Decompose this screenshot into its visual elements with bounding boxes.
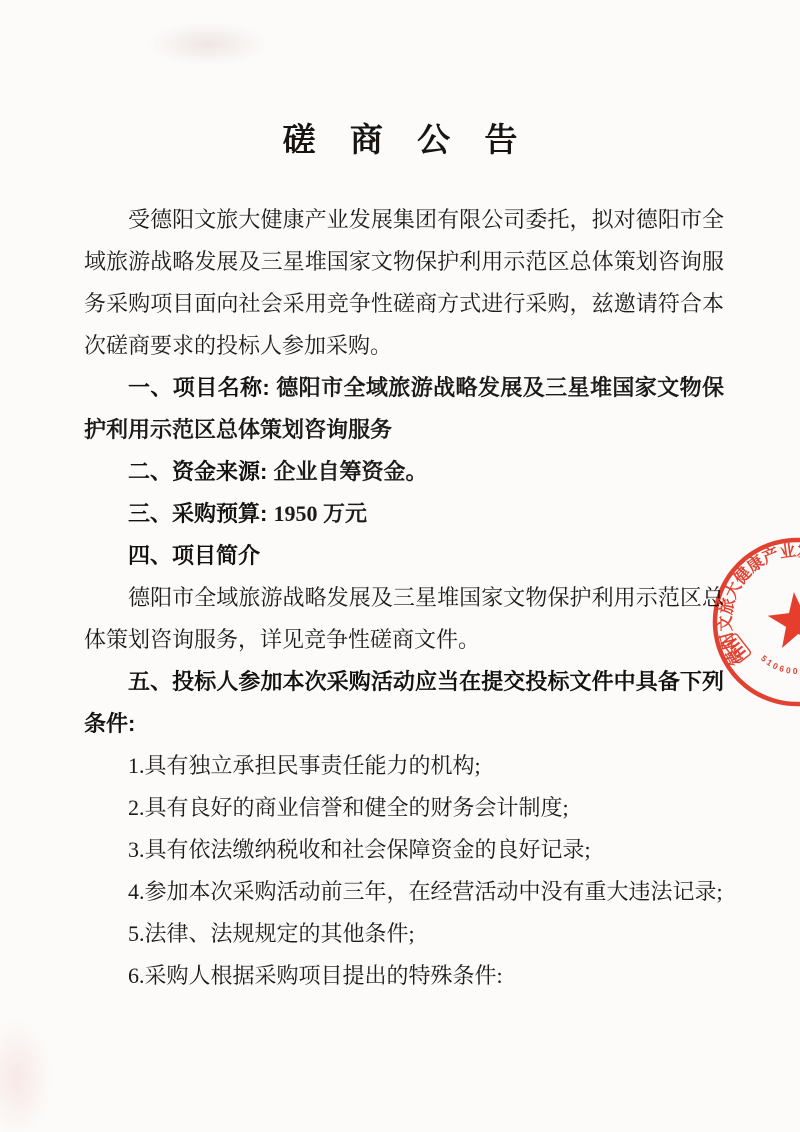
section-project-brief: 四、项目简介 (84, 535, 724, 577)
section-project-brief-label: 四、项目简介 (128, 543, 260, 568)
page-title: 磋 商 公 告 (0, 114, 800, 161)
section-budget: 三、采购预算: 1950 万元 (84, 493, 724, 535)
scan-smudge-bottom (0, 1018, 52, 1132)
condition-item-4: 4.参加本次采购活动前三年，在经营活动中没有重大违法记录; (84, 871, 724, 913)
section-funding-source-value: 企业自筹资金。 (273, 459, 427, 484)
section-budget-value: 1950 万元 (273, 501, 367, 526)
company-seal: 德阳文旅大健康产业发展集团有限公司 5106000 (682, 507, 800, 737)
document-body: 受德阳文旅大健康产业发展集团有限公司委托，拟对德阳市全域旅游战略发展及三星堆国家… (84, 199, 724, 997)
section-budget-label: 三、采购预算: (128, 501, 273, 526)
section-funding-source-label: 二、资金来源: (128, 459, 273, 484)
condition-item-2: 2.具有良好的商业信誉和健全的财务会计制度; (84, 787, 724, 829)
condition-item-1: 1.具有独立承担民事责任能力的机构; (84, 745, 724, 787)
intro-paragraph: 受德阳文旅大健康产业发展集团有限公司委托，拟对德阳市全域旅游战略发展及三星堆国家… (84, 199, 724, 367)
section-project-name-label: 一、项目名称: (128, 375, 276, 400)
condition-item-5: 5.法律、法规规定的其他条件; (84, 913, 724, 955)
star-icon (765, 589, 800, 649)
section-bidder-conditions: 五、投标人参加本次采购活动应当在提交投标文件中具备下列条件: (84, 661, 724, 745)
scan-smudge-top (148, 22, 268, 66)
condition-item-6: 6.采购人根据采购项目提出的特殊条件: (84, 955, 724, 997)
section-project-name: 一、项目名称: 德阳市全域旅游战略发展及三星堆国家文物保护利用示范区总体策划咨询… (84, 367, 724, 451)
project-brief-paragraph: 德阳市全域旅游战略发展及三星堆国家文物保护利用示范区总体策划咨询服务，详见竞争性… (84, 577, 724, 661)
section-funding-source: 二、资金来源: 企业自筹资金。 (84, 451, 724, 493)
section-bidder-conditions-label: 五、投标人参加本次采购活动应当在提交投标文件中具备下列条件: (84, 669, 724, 736)
condition-item-3: 3.具有依法缴纳税收和社会保障资金的良好记录; (84, 829, 724, 871)
document-page: 磋 商 公 告 受德阳文旅大健康产业发展集团有限公司委托，拟对德阳市全域旅游战略… (0, 0, 800, 1132)
seal-code: 5106000 (758, 649, 800, 680)
